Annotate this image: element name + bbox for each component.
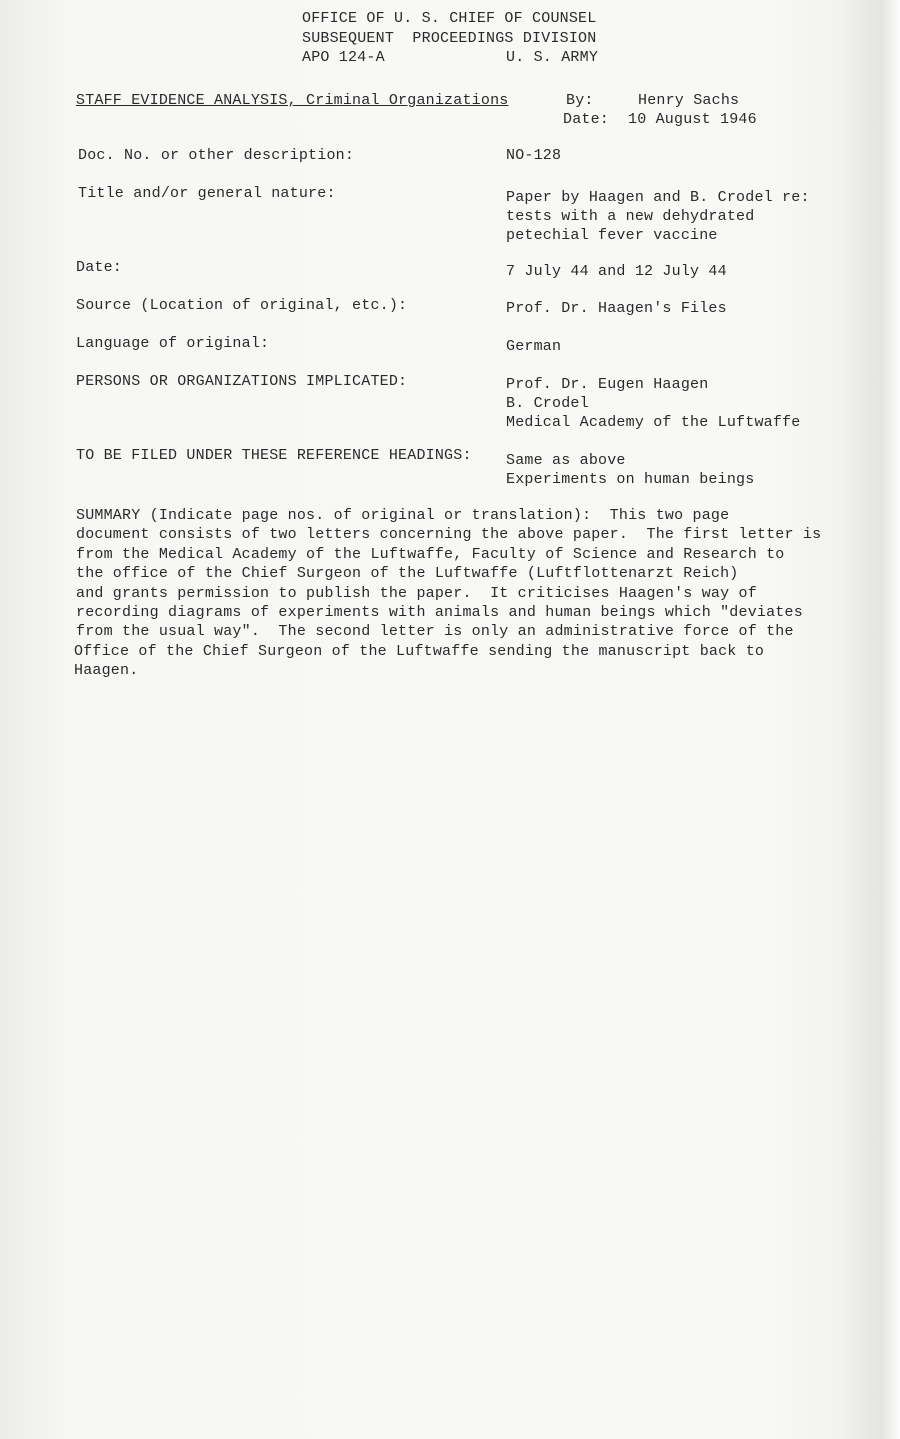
field-value-persons-2: B. Crodel	[506, 395, 589, 413]
by-label: By:	[566, 92, 594, 110]
field-value-title-2: tests with a new dehydrated	[506, 208, 754, 226]
summary-line-5: and grants permission to publish the pap…	[76, 585, 757, 603]
field-label-title: Title and/or general nature:	[78, 185, 336, 203]
field-value-reference-2: Experiments on human beings	[506, 471, 754, 489]
document-date: 10 August 1946	[628, 111, 757, 129]
field-value-title-1: Paper by Haagen and B. Crodel re:	[506, 189, 810, 207]
author-name: Henry Sachs	[638, 92, 739, 110]
document-page: OFFICE OF U. S. CHIEF OF COUNSEL SUBSEQU…	[0, 0, 900, 1439]
summary-line-6: recording diagrams of experiments with a…	[76, 604, 803, 622]
summary-line-1: SUMMARY (Indicate page nos. of original …	[76, 507, 729, 525]
field-label-date: Date:	[76, 259, 122, 277]
field-label-source: Source (Location of original, etc.):	[76, 297, 407, 315]
summary-line-3: from the Medical Academy of the Luftwaff…	[76, 546, 785, 564]
summary-line-2: document consists of two letters concern…	[76, 526, 821, 544]
summary-line-7: from the usual way". The second letter i…	[76, 623, 794, 641]
field-label-reference-headings: TO BE FILED UNDER THESE REFERENCE HEADIN…	[76, 447, 472, 465]
field-value-persons-1: Prof. Dr. Eugen Haagen	[506, 376, 708, 394]
letterhead-army: U. S. ARMY	[506, 49, 598, 67]
page-edge-shadow	[840, 0, 900, 1439]
field-label-doc-no: Doc. No. or other description:	[78, 147, 354, 165]
field-label-language: Language of original:	[76, 335, 269, 353]
letterhead-line-2: SUBSEQUENT PROCEEDINGS DIVISION	[302, 30, 596, 48]
letterhead-line-1: OFFICE OF U. S. CHIEF OF COUNSEL	[302, 10, 596, 28]
date-label: Date:	[563, 111, 609, 129]
field-value-persons-3: Medical Academy of the Luftwaffe	[506, 414, 800, 432]
field-value-reference-1: Same as above	[506, 452, 626, 470]
field-value-title-3: petechial fever vaccine	[506, 227, 718, 245]
letterhead-apo: APO 124-A	[302, 49, 385, 67]
field-value-doc-no: NO-128	[506, 147, 561, 165]
field-value-language: German	[506, 338, 561, 356]
summary-line-9: Haagen.	[74, 662, 138, 680]
field-value-date: 7 July 44 and 12 July 44	[506, 263, 727, 281]
summary-line-8: Office of the Chief Surgeon of the Luftw…	[74, 643, 764, 661]
summary-line-4: the office of the Chief Surgeon of the L…	[76, 565, 739, 583]
field-value-source: Prof. Dr. Haagen's Files	[506, 300, 727, 318]
field-label-persons: PERSONS OR ORGANIZATIONS IMPLICATED:	[76, 373, 407, 391]
document-title: STAFF EVIDENCE ANALYSIS, Criminal Organi…	[76, 92, 508, 110]
